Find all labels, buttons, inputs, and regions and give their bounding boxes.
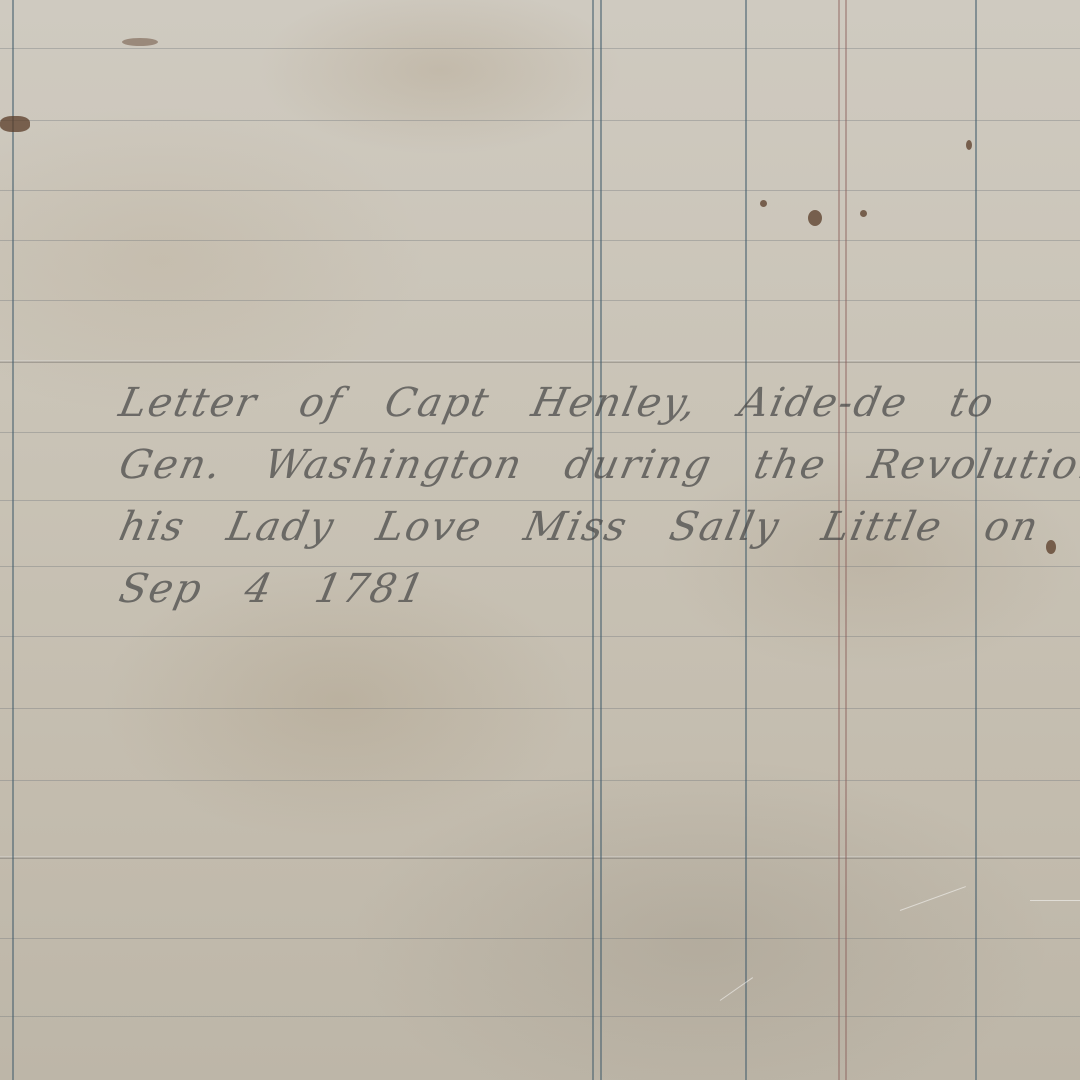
word: Miss bbox=[518, 496, 634, 558]
scratch-mark bbox=[720, 977, 753, 1001]
handwriting-line-1: Letter of Capt Henley, Aide-de to bbox=[113, 372, 1046, 434]
ruled-line bbox=[0, 938, 1080, 939]
ruled-line bbox=[0, 190, 1080, 191]
stain-mark bbox=[122, 38, 158, 46]
ruled-line bbox=[0, 300, 1080, 301]
handwriting-line-2: Gen. Washington during the Revolution to bbox=[113, 434, 1046, 496]
edge-line bbox=[12, 0, 14, 1080]
stain-mark bbox=[966, 140, 972, 150]
word: Lady bbox=[221, 496, 341, 558]
word: Letter bbox=[113, 372, 263, 434]
word: Henley, bbox=[526, 372, 704, 434]
ruled-line bbox=[0, 636, 1080, 637]
scratch-mark bbox=[900, 886, 966, 911]
stain-mark bbox=[808, 210, 822, 226]
word: of bbox=[293, 372, 349, 434]
ruled-line bbox=[0, 708, 1080, 709]
word: Sep bbox=[113, 558, 209, 620]
word: Sally bbox=[664, 496, 787, 558]
word: his bbox=[113, 496, 191, 558]
scratch-mark bbox=[1030, 900, 1080, 901]
word: Gen. bbox=[113, 434, 228, 496]
ruled-line bbox=[0, 1016, 1080, 1017]
stain-mark bbox=[860, 210, 867, 217]
word: Love bbox=[371, 496, 489, 558]
handwriting-line-3: his Lady Love Miss Sally Little on the bbox=[113, 496, 1046, 558]
ruled-line bbox=[0, 780, 1080, 781]
word: 4 bbox=[239, 558, 280, 620]
word: during bbox=[559, 434, 719, 496]
word: on bbox=[979, 496, 1046, 558]
word: the bbox=[748, 434, 833, 496]
word: Revolution bbox=[862, 434, 1080, 496]
word: Capt bbox=[379, 372, 496, 434]
word: to bbox=[944, 372, 1001, 434]
ruled-line bbox=[0, 120, 1080, 121]
stain-mark bbox=[760, 200, 767, 207]
ledger-page: Letter of Capt Henley, Aide-de to Gen. W… bbox=[0, 0, 1080, 1080]
ruled-line bbox=[0, 240, 1080, 241]
word: the bbox=[1075, 496, 1080, 558]
paper-fold bbox=[0, 360, 1080, 363]
word: 1781 bbox=[309, 558, 432, 620]
word: Washington bbox=[258, 434, 529, 496]
word: Aide-de bbox=[733, 372, 914, 434]
ruled-line bbox=[0, 48, 1080, 49]
handwritten-note: Letter of Capt Henley, Aide-de to Gen. W… bbox=[120, 372, 1040, 620]
handwriting-line-4: Sep 4 1781 bbox=[113, 558, 1046, 620]
paper-fold bbox=[0, 856, 1080, 859]
stain-mark bbox=[0, 116, 30, 132]
stain-mark bbox=[1046, 540, 1056, 554]
word: Little bbox=[816, 496, 949, 558]
